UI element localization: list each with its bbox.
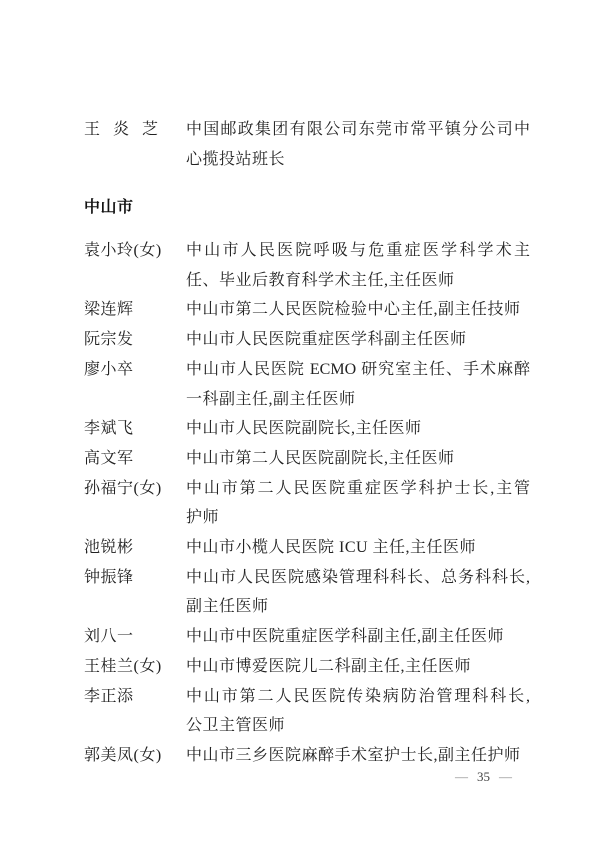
entries-list: 袁小玲(女)中山市人民医院呼吸与危重症医学科学术主任、毕业后教育科学术主任,主任… — [84, 236, 530, 771]
entry-description-line: 中山市三乡医院麻醉手术室护士长,副主任护师 — [186, 741, 530, 771]
entry-row: 梁连辉中山市第二人民医院检验中心主任,副主任技师 — [84, 295, 530, 325]
entry-row: 王桂兰(女)中山市博爱医院儿二科副主任,主任医师 — [84, 652, 530, 682]
entry-description: 中山市人民医院 ECMO 研究室主任、手术麻醉一科副主任,副主任医师 — [186, 355, 530, 414]
entry-description: 中山市人民医院感染管理科科长、总务科科长,副主任医师 — [186, 563, 530, 622]
entry-description: 中山市第二人民医院检验中心主任,副主任技师 — [186, 295, 530, 325]
entry-description-line: 中山市第二人民医院副院长,主任医师 — [186, 444, 530, 474]
entry-description-line: 中山市小榄人民医院 ICU 主任,主任医师 — [186, 533, 530, 563]
entry-row: 阮宗发中山市人民医院重症医学科副主任医师 — [84, 325, 530, 355]
entry-description-line: 中山市第二人民医院检验中心主任,副主任技师 — [186, 295, 530, 325]
entry-description: 中山市人民医院呼吸与危重症医学科学术主任、毕业后教育科学术主任,主任医师 — [186, 236, 530, 295]
entry-description: 中山市第二人民医院副院长,主任医师 — [186, 444, 530, 474]
entry-description-line: 中山市人民医院感染管理科科长、总务科科长, — [186, 563, 530, 593]
entry-description-line: 中国邮政集团有限公司东莞市常平镇分公司中 — [186, 115, 530, 145]
entry-name: 廖小卒 — [84, 355, 186, 385]
entry-row: 池锐彬中山市小榄人民医院 ICU 主任,主任医师 — [84, 533, 530, 563]
entry-description: 中山市三乡医院麻醉手术室护士长,副主任护师 — [186, 741, 530, 771]
entry-name: 王桂兰(女) — [84, 652, 186, 682]
entry-row: 郭美凤(女)中山市三乡医院麻醉手术室护士长,副主任护师 — [84, 741, 530, 771]
entry-row: 孙福宁(女)中山市第二人民医院重症医学科护士长,主管护师 — [84, 474, 530, 533]
entry-description: 中山市人民医院副院长,主任医师 — [186, 414, 530, 444]
entry-description-line: 中山市人民医院 ECMO 研究室主任、手术麻醉 — [186, 355, 530, 385]
entry-name: 钟振锋 — [84, 563, 186, 593]
continued-entry-block: 王炎芝 中国邮政集团有限公司东莞市常平镇分公司中心揽投站班长 — [84, 115, 530, 174]
entry-name: 李正添 — [84, 682, 186, 712]
entry-description-line: 中山市中医院重症医学科副主任,副主任医师 — [186, 622, 530, 652]
entry-name: 阮宗发 — [84, 325, 186, 355]
entry-row: 李正添中山市第二人民医院传染病防治管理科科长,公卫主管医师 — [84, 682, 530, 741]
entry-description: 中山市人民医院重症医学科副主任医师 — [186, 325, 530, 355]
entry-name: 孙福宁(女) — [84, 474, 186, 504]
entry-row: 钟振锋中山市人民医院感染管理科科长、总务科科长,副主任医师 — [84, 563, 530, 622]
entry-row: 李斌飞中山市人民医院副院长,主任医师 — [84, 414, 530, 444]
entry-name: 李斌飞 — [84, 414, 186, 444]
entry-row: 廖小卒中山市人民医院 ECMO 研究室主任、手术麻醉一科副主任,副主任医师 — [84, 355, 530, 414]
entry-description: 中山市第二人民医院重症医学科护士长,主管护师 — [186, 474, 530, 533]
entry-description-line: 中山市人民医院副院长,主任医师 — [186, 414, 530, 444]
entry-description: 中山市博爱医院儿二科副主任,主任医师 — [186, 652, 530, 682]
footer-dash-left: — — [455, 769, 468, 784]
entry-row: 袁小玲(女)中山市人民医院呼吸与危重症医学科学术主任、毕业后教育科学术主任,主任… — [84, 236, 530, 295]
entry-description-line: 任、毕业后教育科学术主任,主任医师 — [186, 266, 530, 296]
section-heading: 中山市 — [84, 196, 134, 220]
entry-name: 郭美凤(女) — [84, 741, 186, 771]
entry-description-line: 一科副主任,副主任医师 — [186, 385, 530, 415]
entry-name: 袁小玲(女) — [84, 236, 186, 266]
entry-name-text: 王炎芝 — [84, 115, 158, 145]
entry-row: 高文军中山市第二人民医院副院长,主任医师 — [84, 444, 530, 474]
document-page: 王炎芝 中国邮政集团有限公司东莞市常平镇分公司中心揽投站班长 中山市 袁小玲(女… — [0, 0, 612, 859]
footer-dash-right: — — [499, 769, 512, 784]
entry-description: 中山市中医院重症医学科副主任,副主任医师 — [186, 622, 530, 652]
entry-name: 刘八一 — [84, 622, 186, 652]
entry-name: 梁连辉 — [84, 295, 186, 325]
page-footer: —35— — [455, 768, 512, 786]
entry-name: 王炎芝 — [84, 115, 186, 145]
entry-description-line: 中山市第二人民医院传染病防治管理科科长, — [186, 682, 530, 712]
entry-description: 中国邮政集团有限公司东莞市常平镇分公司中心揽投站班长 — [186, 115, 530, 174]
entry-description-line: 护师 — [186, 503, 530, 533]
entry-row: 刘八一中山市中医院重症医学科副主任,副主任医师 — [84, 622, 530, 652]
entry-description-line: 中山市人民医院呼吸与危重症医学科学术主 — [186, 236, 530, 266]
entry-description-line: 心揽投站班长 — [186, 145, 530, 175]
entry-description-line: 副主任医师 — [186, 592, 530, 622]
entry-description-line: 公卫主管医师 — [186, 711, 530, 741]
entry-name: 高文军 — [84, 444, 186, 474]
entry-description-line: 中山市博爱医院儿二科副主任,主任医师 — [186, 652, 530, 682]
page-number: 35 — [477, 769, 490, 784]
entry-description: 中山市第二人民医院传染病防治管理科科长,公卫主管医师 — [186, 682, 530, 741]
entry-description-line: 中山市第二人民医院重症医学科护士长,主管 — [186, 474, 530, 504]
entry-name: 池锐彬 — [84, 533, 186, 563]
entry-row: 王炎芝 中国邮政集团有限公司东莞市常平镇分公司中心揽投站班长 — [84, 115, 530, 174]
entry-description: 中山市小榄人民医院 ICU 主任,主任医师 — [186, 533, 530, 563]
entry-description-line: 中山市人民医院重症医学科副主任医师 — [186, 325, 530, 355]
